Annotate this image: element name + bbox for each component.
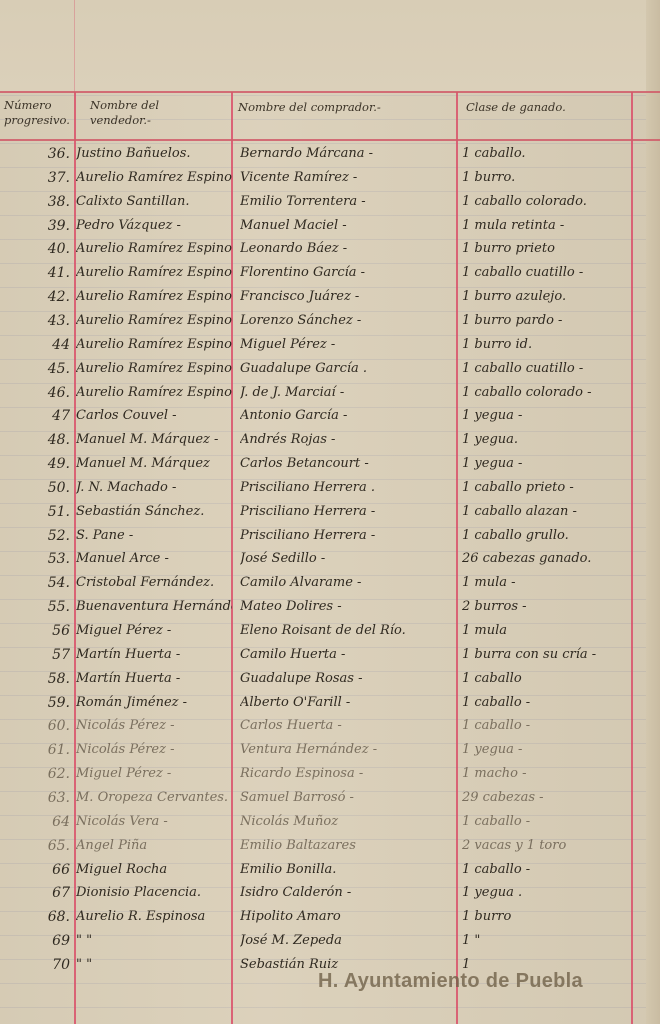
row-number: 69	[20, 931, 70, 951]
row-number: 59.	[20, 693, 70, 713]
livestock-class: 1 yegua .	[462, 883, 627, 903]
livestock-class: 1 caballo -	[462, 716, 627, 736]
table-row: 68.Aurelio R. EspinosaHipolito Amaro1 bu…	[0, 905, 660, 929]
table-row: 63.M. Oropeza Cervantes.Samuel Barrosó -…	[0, 786, 660, 810]
row-number: 55.	[20, 597, 70, 617]
buyer-name: Guadalupe García .	[240, 359, 455, 379]
livestock-class: 1 "	[462, 931, 627, 951]
seller-name: Román Jiménez -	[76, 693, 232, 713]
table-row: 69" "José M. Zepeda1 "	[0, 929, 660, 953]
table-row: 58.Martín Huerta -Guadalupe Rosas -1 cab…	[0, 667, 660, 691]
row-number: 39.	[20, 216, 70, 236]
seller-name: Calixto Santillan.	[76, 192, 232, 212]
row-number: 43.	[20, 311, 70, 331]
table-header: Número progresivo. Nombre del vendedor.-…	[0, 94, 660, 138]
seller-name: Aurelio Ramírez Espinosa.	[76, 311, 232, 331]
seller-name: Sebastián Sánchez.	[76, 502, 232, 522]
seller-name: Pedro Vázquez -	[76, 216, 232, 236]
livestock-class: 1 caballo -	[462, 860, 627, 880]
row-number: 36.	[20, 144, 70, 164]
buyer-name: Antonio García -	[240, 406, 455, 426]
livestock-class: 1 burra con su cría -	[462, 645, 627, 665]
livestock-class: 1 burro id.	[462, 335, 627, 355]
livestock-class: 29 cabezas -	[462, 788, 627, 808]
row-number: 46.	[20, 383, 70, 403]
buyer-name: Samuel Barrosó -	[240, 788, 455, 808]
livestock-class: 1 caballo grullo.	[462, 526, 627, 546]
table-row: 62.Miguel Pérez -Ricardo Espinosa -1 mac…	[0, 762, 660, 786]
livestock-class: 1 yegua -	[462, 740, 627, 760]
table-row: 42.Aurelio Ramírez Espinosa.Francisco Ju…	[0, 285, 660, 309]
table-row: 43.Aurelio Ramírez Espinosa.Lorenzo Sánc…	[0, 309, 660, 333]
table-row: 46.Aurelio Ramírez Espinosa.J. de J. Mar…	[0, 381, 660, 405]
row-number: 47	[20, 406, 70, 426]
seller-name: Dionisio Placencia.	[76, 883, 232, 903]
table-row: 44Aurelio Ramírez EspinosaMiguel Pérez -…	[0, 333, 660, 357]
table-row: 67Dionisio Placencia.Isidro Calderón -1 …	[0, 881, 660, 905]
seller-name: Nicolás Pérez -	[76, 740, 232, 760]
buyer-name: Prisciliano Herrera .	[240, 478, 455, 498]
column-rule-stub	[74, 0, 75, 92]
buyer-name: Carlos Huerta -	[240, 716, 455, 736]
table-row: 53.Manuel Arce -José Sedillo -26 cabezas…	[0, 547, 660, 571]
seller-name: Aurelio Ramírez Espinosa	[76, 335, 232, 355]
table-row: 60.Nicolás Pérez -Carlos Huerta -1 cabal…	[0, 714, 660, 738]
row-number: 41.	[20, 263, 70, 283]
livestock-class: 1 yegua -	[462, 454, 627, 474]
table-row: 52.S. Pane -Prisciliano Herrera -1 cabal…	[0, 524, 660, 548]
row-number: 48.	[20, 430, 70, 450]
seller-name: Manuel M. Márquez -	[76, 430, 232, 450]
table-row: 66Miguel RochaEmilio Bonilla.1 caballo -	[0, 858, 660, 882]
seller-name: Angel Piña	[76, 836, 232, 856]
livestock-class: 1 yegua -	[462, 406, 627, 426]
buyer-name: José Sedillo -	[240, 549, 455, 569]
seller-name: Aurelio R. Espinosa	[76, 907, 232, 927]
livestock-class: 1 caballo cuatillo -	[462, 263, 627, 283]
row-number: 62.	[20, 764, 70, 784]
livestock-class: 1 caballo alazan -	[462, 502, 627, 522]
row-number: 57	[20, 645, 70, 665]
table-row: 37.Aurelio Ramírez Espinosa.Vicente Ramí…	[0, 166, 660, 190]
livestock-class: 2 burros -	[462, 597, 627, 617]
ledger-page: Número progresivo. Nombre del vendedor.-…	[0, 0, 660, 1024]
table-row: 56Miguel Pérez -Eleno Roisant de del Río…	[0, 619, 660, 643]
livestock-class: 1 burro pardo -	[462, 311, 627, 331]
buyer-name: Alberto O'Farill -	[240, 693, 455, 713]
buyer-name: Miguel Pérez -	[240, 335, 455, 355]
header-bottom-rule	[0, 139, 660, 141]
top-margin	[0, 0, 660, 92]
table-row: 45.Aurelio Ramírez EspinosaGuadalupe Gar…	[0, 357, 660, 381]
livestock-class: 1 caballo prieto -	[462, 478, 627, 498]
row-number: 50.	[20, 478, 70, 498]
livestock-class: 1 caballo colorado.	[462, 192, 627, 212]
seller-name: Miguel Pérez -	[76, 621, 232, 641]
livestock-class: 1 caballo -	[462, 812, 627, 832]
livestock-class: 1 caballo -	[462, 693, 627, 713]
seller-name: Cristobal Fernández.	[76, 573, 232, 593]
table-row: 50.J. N. Machado -Prisciliano Herrera .1…	[0, 476, 660, 500]
row-number: 52.	[20, 526, 70, 546]
table-row: 49.Manuel M. MárquezCarlos Betancourt -1…	[0, 452, 660, 476]
row-number: 68.	[20, 907, 70, 927]
seller-name: J. N. Machado -	[76, 478, 232, 498]
seller-name: Martín Huerta -	[76, 645, 232, 665]
table-row: 40.Aurelio Ramírez Espinosa.Leonardo Báe…	[0, 237, 660, 261]
buyer-name: Emilio Torrentera -	[240, 192, 455, 212]
seller-name: Justino Bañuelos.	[76, 144, 232, 164]
buyer-name: José M. Zepeda	[240, 931, 455, 951]
livestock-class: 1 caballo.	[462, 144, 627, 164]
table-row: 48.Manuel M. Márquez -Andrés Rojas -1 ye…	[0, 428, 660, 452]
seller-name: Nicolás Pérez -	[76, 716, 232, 736]
seller-name: Martín Huerta -	[76, 669, 232, 689]
buyer-name: Prisciliano Herrera -	[240, 502, 455, 522]
seller-name: Aurelio Ramírez Espinosa.	[76, 287, 232, 307]
livestock-class: 1 burro prieto	[462, 239, 627, 259]
livestock-class: 1 burro	[462, 907, 627, 927]
livestock-class: 1 burro azulejo.	[462, 287, 627, 307]
row-number: 66	[20, 860, 70, 880]
row-number: 56	[20, 621, 70, 641]
header-livestock: Clase de ganado.	[466, 100, 626, 115]
seller-name: Manuel M. Márquez	[76, 454, 232, 474]
buyer-name: J. de J. Marciaí -	[240, 383, 455, 403]
livestock-class: 1 caballo	[462, 669, 627, 689]
livestock-class: 1 yegua.	[462, 430, 627, 450]
seller-name: Aurelio Ramírez Espinosa	[76, 359, 232, 379]
seller-name: Miguel Rocha	[76, 860, 232, 880]
livestock-class: 26 cabezas ganado.	[462, 549, 627, 569]
row-number: 58.	[20, 669, 70, 689]
table-row: 61.Nicolás Pérez -Ventura Hernández -1 y…	[0, 738, 660, 762]
header-buyer: Nombre del comprador.-	[238, 100, 448, 115]
row-number: 49.	[20, 454, 70, 474]
row-number: 40.	[20, 239, 70, 259]
buyer-name: Eleno Roisant de del Río.	[240, 621, 455, 641]
row-number: 53.	[20, 549, 70, 569]
buyer-name: Mateo Dolires -	[240, 597, 455, 617]
buyer-name: Camilo Alvarame -	[240, 573, 455, 593]
row-number: 65.	[20, 836, 70, 856]
seller-name: Aurelio Ramírez Espinosa	[76, 263, 232, 283]
buyer-name: Andrés Rojas -	[240, 430, 455, 450]
seller-name: Carlos Couvel -	[76, 406, 232, 426]
buyer-name: Emilio Bonilla.	[240, 860, 455, 880]
row-number: 61.	[20, 740, 70, 760]
row-number: 42.	[20, 287, 70, 307]
row-number: 44	[20, 335, 70, 355]
header-seller: Nombre del vendedor.-	[90, 98, 220, 128]
table-row: 65.Angel PiñaEmilio Baltazares2 vacas y …	[0, 834, 660, 858]
seller-name: S. Pane -	[76, 526, 232, 546]
table-row: 64Nicolás Vera -Nicolás Muñoz1 caballo -	[0, 810, 660, 834]
seller-name: M. Oropeza Cervantes.	[76, 788, 232, 808]
buyer-name: Francisco Juárez -	[240, 287, 455, 307]
seller-name: Nicolás Vera -	[76, 812, 232, 832]
buyer-name: Camilo Huerta -	[240, 645, 455, 665]
seller-name: " "	[76, 955, 232, 975]
row-number: 67	[20, 883, 70, 903]
table-row: 36.Justino Bañuelos.Bernardo Márcana -1 …	[0, 142, 660, 166]
buyer-name: Leonardo Báez -	[240, 239, 455, 259]
buyer-name: Vicente Ramírez -	[240, 168, 455, 188]
livestock-class: 1 mula	[462, 621, 627, 641]
buyer-name: Isidro Calderón -	[240, 883, 455, 903]
buyer-name: Bernardo Márcana -	[240, 144, 455, 164]
buyer-name: Guadalupe Rosas -	[240, 669, 455, 689]
livestock-class: 1 mula retinta -	[462, 216, 627, 236]
table-row: 54.Cristobal Fernández.Camilo Alvarame -…	[0, 571, 660, 595]
buyer-name: Emilio Baltazares	[240, 836, 455, 856]
row-number: 37.	[20, 168, 70, 188]
header-top-rule	[0, 91, 660, 93]
livestock-class: 2 vacas y 1 toro	[462, 836, 627, 856]
livestock-class: 1 macho -	[462, 764, 627, 784]
table-row: 41.Aurelio Ramírez EspinosaFlorentino Ga…	[0, 261, 660, 285]
livestock-class: 1 caballo cuatillo -	[462, 359, 627, 379]
buyer-name: Hipolito Amaro	[240, 907, 455, 927]
seller-name: Aurelio Ramírez Espinosa.	[76, 239, 232, 259]
row-number: 63.	[20, 788, 70, 808]
buyer-name: Manuel Maciel -	[240, 216, 455, 236]
buyer-name: Carlos Betancourt -	[240, 454, 455, 474]
buyer-name: Florentino García -	[240, 263, 455, 283]
header-number: Número progresivo.	[4, 98, 70, 128]
table-row: 55.Buenaventura Hernández.Mateo Dolires …	[0, 595, 660, 619]
row-number: 54.	[20, 573, 70, 593]
livestock-class: 1 burro.	[462, 168, 627, 188]
table-row: 57Martín Huerta -Camilo Huerta -1 burra …	[0, 643, 660, 667]
table-row: 47Carlos Couvel -Antonio García -1 yegua…	[0, 404, 660, 428]
seller-name: Aurelio Ramírez Espinosa.	[76, 168, 232, 188]
table-row: 38.Calixto Santillan.Emilio Torrentera -…	[0, 190, 660, 214]
buyer-name: Prisciliano Herrera -	[240, 526, 455, 546]
row-number: 60.	[20, 716, 70, 736]
row-number: 38.	[20, 192, 70, 212]
seller-name: Miguel Pérez -	[76, 764, 232, 784]
watermark: H. Ayuntamiento de Puebla	[318, 970, 583, 993]
buyer-name: Ventura Hernández -	[240, 740, 455, 760]
livestock-class: 1 caballo colorado -	[462, 383, 627, 403]
row-number: 70	[20, 955, 70, 975]
row-number: 64	[20, 812, 70, 832]
buyer-name: Ricardo Espinosa -	[240, 764, 455, 784]
seller-name: " "	[76, 931, 232, 951]
buyer-name: Lorenzo Sánchez -	[240, 311, 455, 331]
table-row: 51.Sebastián Sánchez.Prisciliano Herrera…	[0, 500, 660, 524]
row-number: 45.	[20, 359, 70, 379]
row-number: 51.	[20, 502, 70, 522]
table-row: 59.Román Jiménez -Alberto O'Farill -1 ca…	[0, 691, 660, 715]
livestock-class: 1 mula -	[462, 573, 627, 593]
seller-name: Buenaventura Hernández.	[76, 597, 232, 617]
table-row: 39.Pedro Vázquez -Manuel Maciel -1 mula …	[0, 214, 660, 238]
buyer-name: Nicolás Muñoz	[240, 812, 455, 832]
seller-name: Aurelio Ramírez Espinosa.	[76, 383, 232, 403]
seller-name: Manuel Arce -	[76, 549, 232, 569]
